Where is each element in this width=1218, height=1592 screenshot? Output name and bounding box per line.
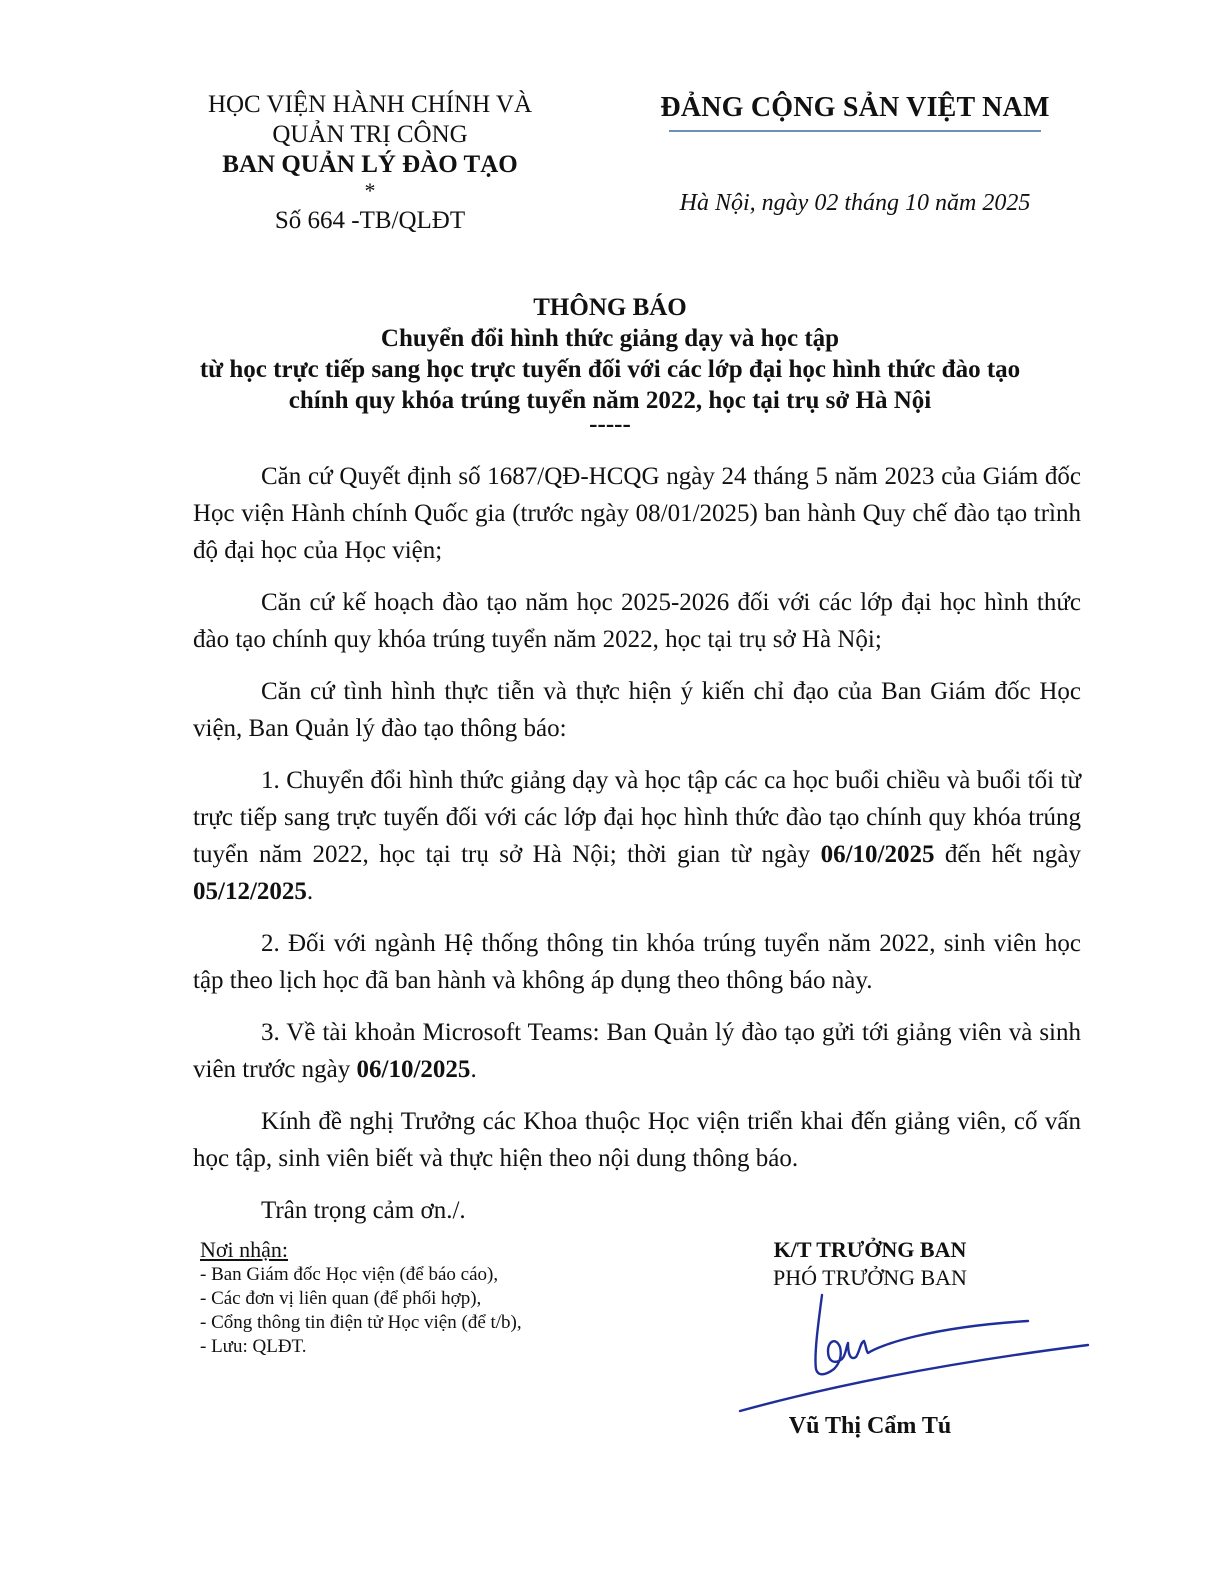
legal-basis-3: Căn cứ tình hình thực tiễn và thực hiện … <box>193 673 1081 747</box>
notice-subject-line1: Chuyển đổi hình thức giảng dạy và học tậ… <box>160 323 1060 354</box>
item-3: 3. Về tài khoản Microsoft Teams: Ban Quả… <box>193 1014 1081 1088</box>
notice-heading: THÔNG BÁO <box>160 292 1060 323</box>
notice-body: Căn cứ Quyết định số 1687/QĐ-HCQG ngày 2… <box>193 458 1081 1244</box>
title-separator: ----- <box>160 416 1060 434</box>
issuing-agency-block: HỌC VIỆN HÀNH CHÍNH VÀ QUẢN TRỊ CÔNG BAN… <box>160 90 580 236</box>
item-1: 1. Chuyển đổi hình thức giảng dạy và học… <box>193 762 1081 910</box>
recipient-item: - Lưu: QLĐT. <box>200 1335 640 1359</box>
closing-line: Trân trọng cảm ơn./. <box>193 1192 1081 1229</box>
party-name: ĐẢNG CỘNG SẢN VIỆT NAM <box>650 90 1060 126</box>
signing-authority: K/T TRƯỞNG BAN <box>720 1236 1020 1264</box>
document-number: Số 664 -TB/QLĐT <box>160 206 580 236</box>
star-separator: * <box>160 180 580 202</box>
item-2: 2. Đối với ngành Hệ thống thông tin khóa… <box>193 925 1081 999</box>
request-paragraph: Kính đề nghị Trưởng các Khoa thuộc Học v… <box>193 1103 1081 1177</box>
legal-basis-2: Căn cứ kế hoạch đào tạo năm học 2025-202… <box>193 584 1081 658</box>
handwritten-signature-icon <box>730 1285 1090 1425</box>
start-date: 06/10/2025 <box>821 841 935 868</box>
notice-subject-line2: từ học trực tiếp sang học trực tuyến đối… <box>160 354 1060 385</box>
place-and-date: Hà Nội, ngày 02 tháng 10 năm 2025 <box>650 188 1060 218</box>
party-header-block: ĐẢNG CỘNG SẢN VIỆT NAM Hà Nội, ngày 02 t… <box>650 90 1060 218</box>
recipients-block: Nơi nhận: - Ban Giám đốc Học viện (để bá… <box>200 1237 640 1359</box>
recipient-item: - Ban Giám đốc Học viện (để báo cáo), <box>200 1263 640 1287</box>
teams-deadline-date: 06/10/2025 <box>357 1056 471 1083</box>
agency-name-line2: QUẢN TRỊ CÔNG <box>160 120 580 150</box>
item-3-text-end: . <box>470 1056 476 1083</box>
recipients-heading: Nơi nhận: <box>200 1237 640 1263</box>
legal-basis-1: Căn cứ Quyết định số 1687/QĐ-HCQG ngày 2… <box>193 458 1081 569</box>
recipient-item: - Các đơn vị liên quan (để phối hợp), <box>200 1287 640 1311</box>
notice-title-block: THÔNG BÁO Chuyển đổi hình thức giảng dạy… <box>160 292 1060 434</box>
recipient-item: - Cổng thông tin điện tử Học viện (để t/… <box>200 1311 640 1335</box>
item-1-text-end: . <box>307 878 313 905</box>
end-date: 05/12/2025 <box>193 878 307 905</box>
item-1-text-mid: đến hết ngày <box>934 841 1081 868</box>
department-name: BAN QUẢN LÝ ĐÀO TẠO <box>160 150 580 180</box>
header-underline <box>669 130 1041 132</box>
agency-name-line1: HỌC VIỆN HÀNH CHÍNH VÀ <box>160 90 580 120</box>
item-3-text: 3. Về tài khoản Microsoft Teams: Ban Quả… <box>193 1019 1081 1083</box>
